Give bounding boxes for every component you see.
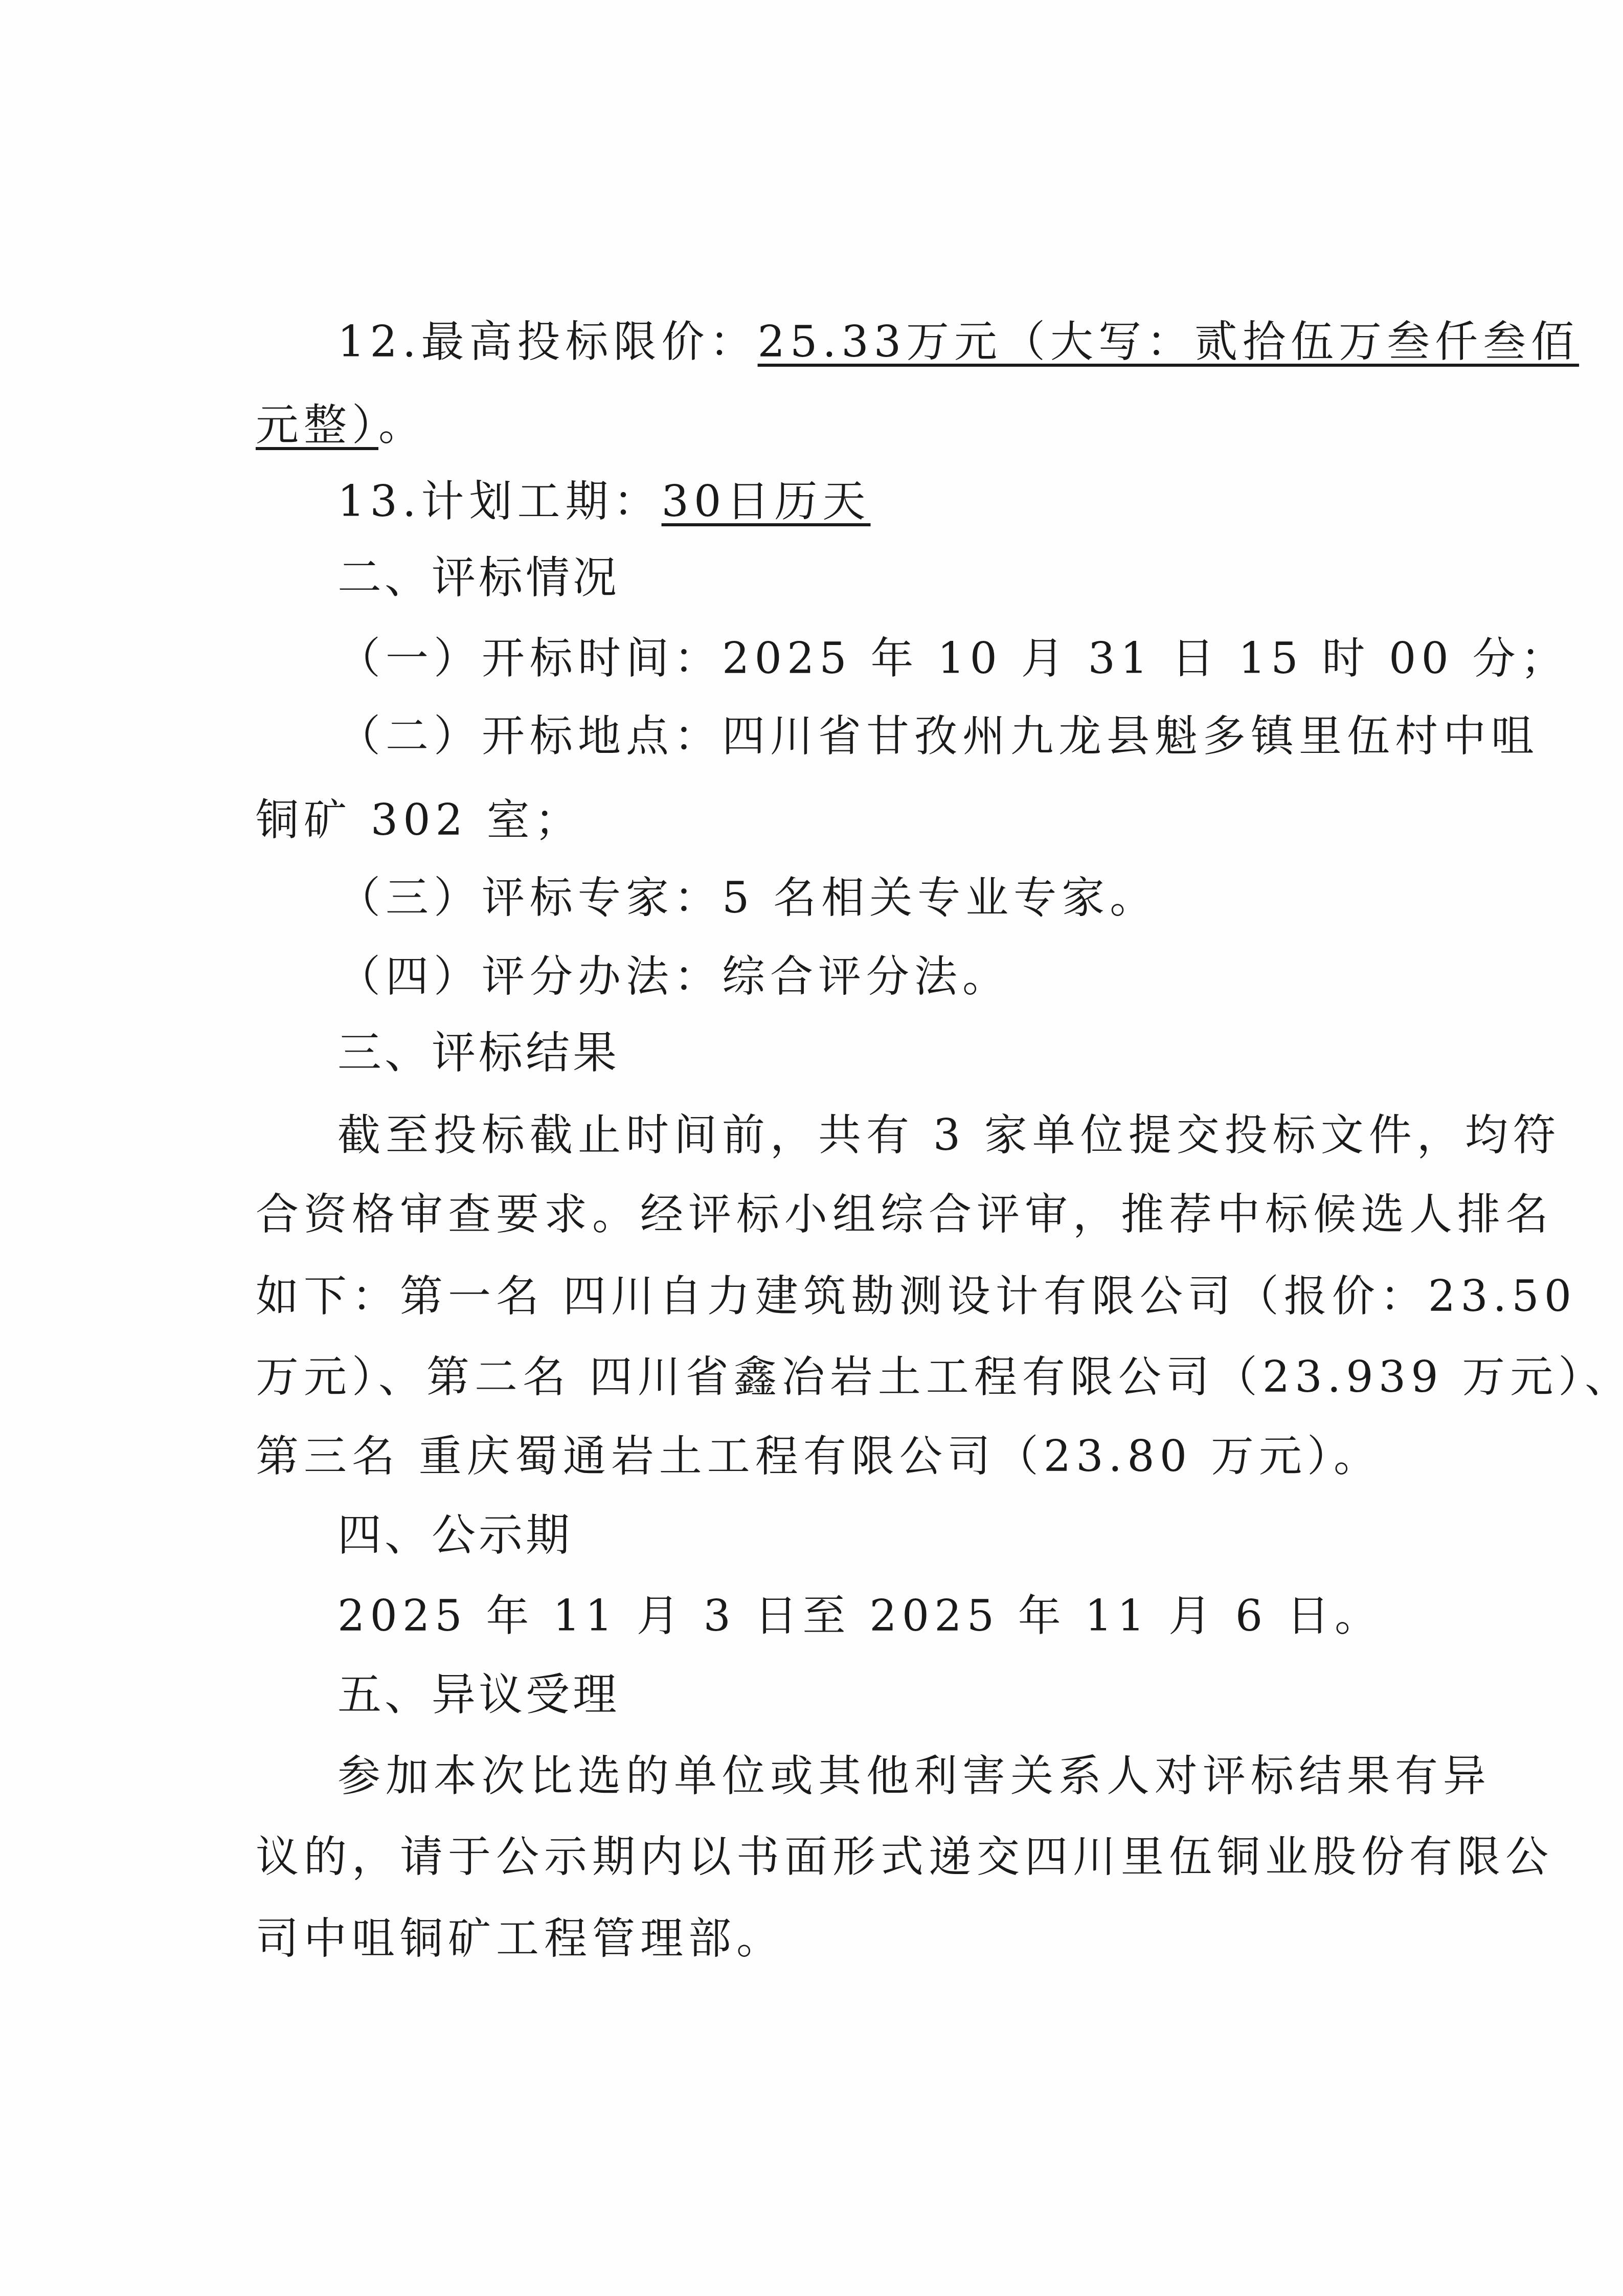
objection-paragraph-line-2: 议的，请于公示期内以书面形式递交四川里伍铜业股份有限公 xyxy=(256,1829,1411,1885)
results-paragraph-line-3: 如下：第一名 四川自力建筑勘测设计有限公司（报价：23.50 xyxy=(256,1268,1411,1324)
scoring-method: （四）评分办法：综合评分法。 xyxy=(337,948,1411,1005)
evaluation-experts: （三）评标专家：5 名相关专业专家。 xyxy=(337,870,1411,926)
section-objection-heading: 五、异议受理 xyxy=(337,1667,1411,1723)
planned-duration-value: 30日历天 xyxy=(662,476,871,526)
section-publicity-heading: 四、公示期 xyxy=(337,1507,1411,1564)
bid-opening-location-cont: 铜矿 302 室； xyxy=(256,792,1411,848)
bid-opening-location: （二）开标地点：四川省甘孜州九龙县魁多镇里伍村中咀 xyxy=(337,708,1411,764)
publicity-period: 2025 年 11 月 3 日至 2025 年 11 月 6 日。 xyxy=(337,1588,1411,1644)
results-paragraph-line-4: 万元）、第二名 四川省鑫冶岩土工程有限公司（23.939 万元）、 xyxy=(256,1349,1411,1405)
results-paragraph-line-2: 合资格审查要求。经评标小组综合评审，推荐中标候选人排名 xyxy=(256,1186,1411,1242)
max-bid-price-end: 。 xyxy=(378,400,426,450)
document-page: 12.最高投标限价：25.33万元（大写：贰拾伍万叁仟叁佰 元整）。 13.计划… xyxy=(0,0,1623,2296)
objection-paragraph-line-1: 参加本次比选的单位或其他利害关系人对评标结果有异 xyxy=(337,1748,1411,1804)
bid-opening-time: （一）开标时间：2025 年 10 月 31 日 15 时 00 分； xyxy=(337,630,1411,686)
section-evaluation-heading: 二、评标情况 xyxy=(337,550,1411,606)
max-bid-price-value-cont: 元整） xyxy=(256,400,378,450)
objection-paragraph-line-3: 司中咀铜矿工程管理部。 xyxy=(256,1910,1411,1967)
planned-duration-label: 13.计划工期： xyxy=(337,476,662,526)
planned-duration-line: 13.计划工期：30日历天 xyxy=(337,473,1411,529)
max-bid-price-label: 12.最高投标限价： xyxy=(337,317,758,367)
results-paragraph-line-1: 截至投标截止时间前，共有 3 家单位提交投标文件，均符 xyxy=(337,1107,1411,1163)
max-bid-price-line: 12.最高投标限价：25.33万元（大写：贰拾伍万叁仟叁佰 xyxy=(337,314,1411,370)
max-bid-price-line-2: 元整）。 xyxy=(256,397,1411,453)
max-bid-price-value: 25.33万元（大写：贰拾伍万叁仟叁佰 xyxy=(758,317,1579,367)
results-paragraph-line-5: 第三名 重庆蜀通岩土工程有限公司（23.80 万元）。 xyxy=(256,1428,1411,1484)
section-results-heading: 三、评标结果 xyxy=(337,1025,1411,1081)
